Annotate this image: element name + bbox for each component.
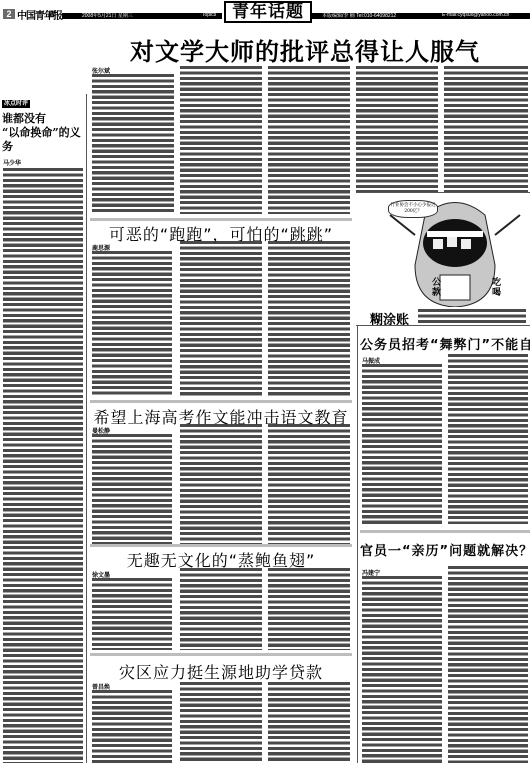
article-text xyxy=(180,424,262,544)
section-divider xyxy=(90,544,352,547)
main-article-text xyxy=(444,66,528,192)
main-article-text xyxy=(180,66,262,214)
left-headline-line2: “以命换命”的义务 xyxy=(2,126,84,154)
cartoon-caption-text xyxy=(418,309,526,323)
article-text xyxy=(92,434,172,544)
column-divider xyxy=(86,94,87,763)
section-divider xyxy=(90,400,352,403)
article-text xyxy=(180,682,262,763)
section-divider xyxy=(90,653,352,656)
left-author: 马少华 xyxy=(3,158,21,167)
article-text xyxy=(362,364,442,524)
main-headline: 对文学大师的批评总得让人服气 xyxy=(80,32,530,67)
article-text xyxy=(362,576,442,763)
cartoon-sign-left: 公款 xyxy=(432,278,444,298)
article-title-loan: 灾区应力挺生源地助学贷款 xyxy=(90,660,352,683)
article-text xyxy=(180,568,262,650)
topics-label: Topics xyxy=(202,12,216,18)
page-number: 2 xyxy=(3,9,15,19)
decorative-slashes: //// xyxy=(48,9,54,19)
left-headline: 谁都没有 “以命换命”的义务 xyxy=(2,112,84,154)
cartoon-bottom-border xyxy=(356,325,530,326)
date-bar: 2008年5月21日 星期三 Topics xyxy=(62,13,222,19)
paper-name: 中国青年报 xyxy=(17,7,62,22)
section-divider xyxy=(360,530,530,533)
article-text xyxy=(92,578,172,650)
article-text xyxy=(448,566,528,763)
main-article-text xyxy=(92,74,174,214)
editor-email: E-mail:cyqsux@yahoo.com.cn xyxy=(442,12,509,18)
column-tag: 冰点时评 xyxy=(2,100,30,108)
main-article-text xyxy=(356,66,438,192)
cartoon-sign-right: 吃喝 xyxy=(492,278,504,298)
article-title-officials: 官员一“亲历”问题就解决？ xyxy=(360,540,530,559)
date-editor: 2008年5月21日 星期三 xyxy=(82,12,133,19)
article-text xyxy=(92,690,172,763)
article-text xyxy=(268,424,350,544)
section-divider xyxy=(90,218,352,221)
article-text xyxy=(268,568,350,650)
article-title-civil-service: 公务员招考“舞弊门”不能自证清白 xyxy=(360,334,530,353)
column-divider xyxy=(357,325,358,763)
left-article-text xyxy=(3,168,83,763)
editor-tel: 本版编辑/李 楠 Tel:010-64098212 xyxy=(322,12,396,19)
cartoon-top-border xyxy=(356,192,530,193)
article-text xyxy=(268,241,350,396)
contact-bar: 本版编辑/李 楠 Tel:010-64098212 E-mail:cyqsux@… xyxy=(312,13,530,19)
speech-bubble: 行业协会不小心少报近200亿？ xyxy=(388,200,438,218)
left-headline-line1: 谁都没有 xyxy=(2,112,84,126)
article-text xyxy=(268,682,350,763)
article-text xyxy=(92,251,172,396)
main-article-text xyxy=(268,66,350,214)
section-title: 青年话题 xyxy=(224,1,312,23)
article-text xyxy=(180,241,262,396)
article-text xyxy=(448,354,528,524)
